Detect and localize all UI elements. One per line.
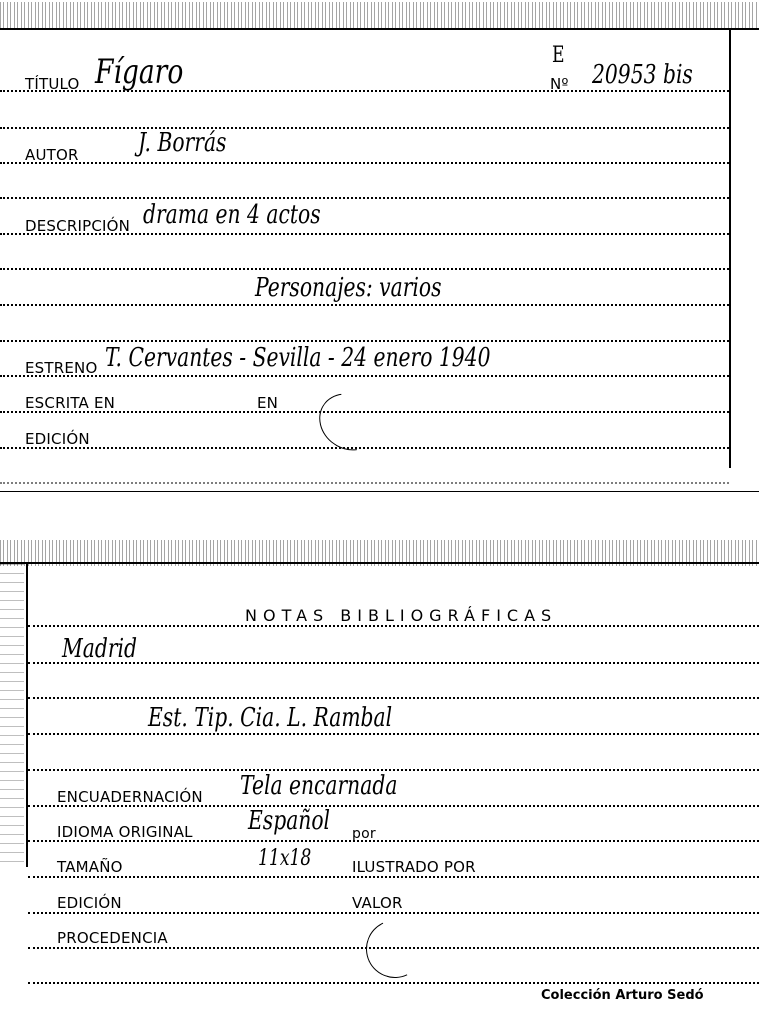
note-line-1: Madrid (62, 636, 137, 662)
label-procedencia: PROCEDENCIA (57, 931, 168, 946)
label-descripcion: DESCRIPCIÓN (25, 219, 130, 234)
label-por: por (352, 827, 376, 841)
rule-line (28, 876, 759, 878)
label-number: Nº (550, 77, 569, 92)
card-right-border (729, 28, 731, 468)
rule-line (0, 304, 729, 306)
faded-stamp-mark (358, 912, 432, 986)
rule-line (28, 662, 759, 664)
rule-line (28, 697, 759, 699)
rule-line (0, 197, 729, 199)
rule-line (28, 625, 759, 627)
note-line-2: Est. Tip. Cia. L. Rambal (148, 705, 392, 731)
label-en: EN (257, 396, 278, 411)
label-idioma-original: IDIOMA ORIGINAL (57, 825, 193, 840)
label-edicion-notes: EDICIÓN (57, 896, 122, 911)
label-autor: AUTOR (25, 148, 79, 163)
rule-line (0, 482, 729, 484)
value-number: 20953 bis (592, 62, 693, 88)
faded-stamp-mark (308, 382, 390, 462)
label-valor: VALOR (352, 896, 403, 911)
value-descripcion: drama en 4 actos (143, 202, 321, 228)
scan-noise-band (0, 2, 759, 28)
card-top-edge (0, 562, 759, 564)
value-idioma-original: Español (248, 808, 330, 834)
label-ilustrado-por: ILUSTRADO POR (352, 860, 476, 875)
label-edicion: EDICIÓN (25, 432, 90, 447)
card-top-edge (0, 28, 759, 30)
value-titulo: Fígaro (95, 55, 183, 89)
label-titulo: TÍTULO (25, 77, 80, 92)
scan-side-noise (0, 562, 24, 862)
rule-line (0, 127, 729, 129)
rule-line (28, 982, 759, 984)
card-bottom-edge (0, 491, 759, 492)
rule-line (0, 268, 729, 270)
rule-line (0, 375, 729, 377)
rule-line (0, 162, 729, 164)
value-personajes: Personajes: varios (255, 275, 442, 301)
value-autor: J. Borrás (138, 130, 226, 156)
rule-line (28, 733, 759, 735)
value-estreno: T. Cervantes - Sevilla - 24 enero 1940 (105, 345, 490, 371)
label-tamano: TAMAÑO (57, 860, 123, 875)
card-left-border (26, 562, 28, 867)
value-tamano: 11x18 (258, 848, 311, 870)
label-encuadernacion: ENCUADERNACIÓN (57, 790, 203, 805)
value-encuadernacion: Tela encarnada (240, 773, 397, 799)
collection-footer: Colección Arturo Sedó (541, 988, 704, 1003)
label-escrita-en: ESCRITA EN (25, 396, 115, 411)
label-estreno: ESTRENO (25, 361, 98, 376)
rule-line (0, 340, 729, 342)
notes-heading: NOTAS BIBLIOGRÁFICAS (245, 606, 557, 625)
number-mark: E (552, 45, 565, 67)
rule-line (28, 912, 759, 914)
